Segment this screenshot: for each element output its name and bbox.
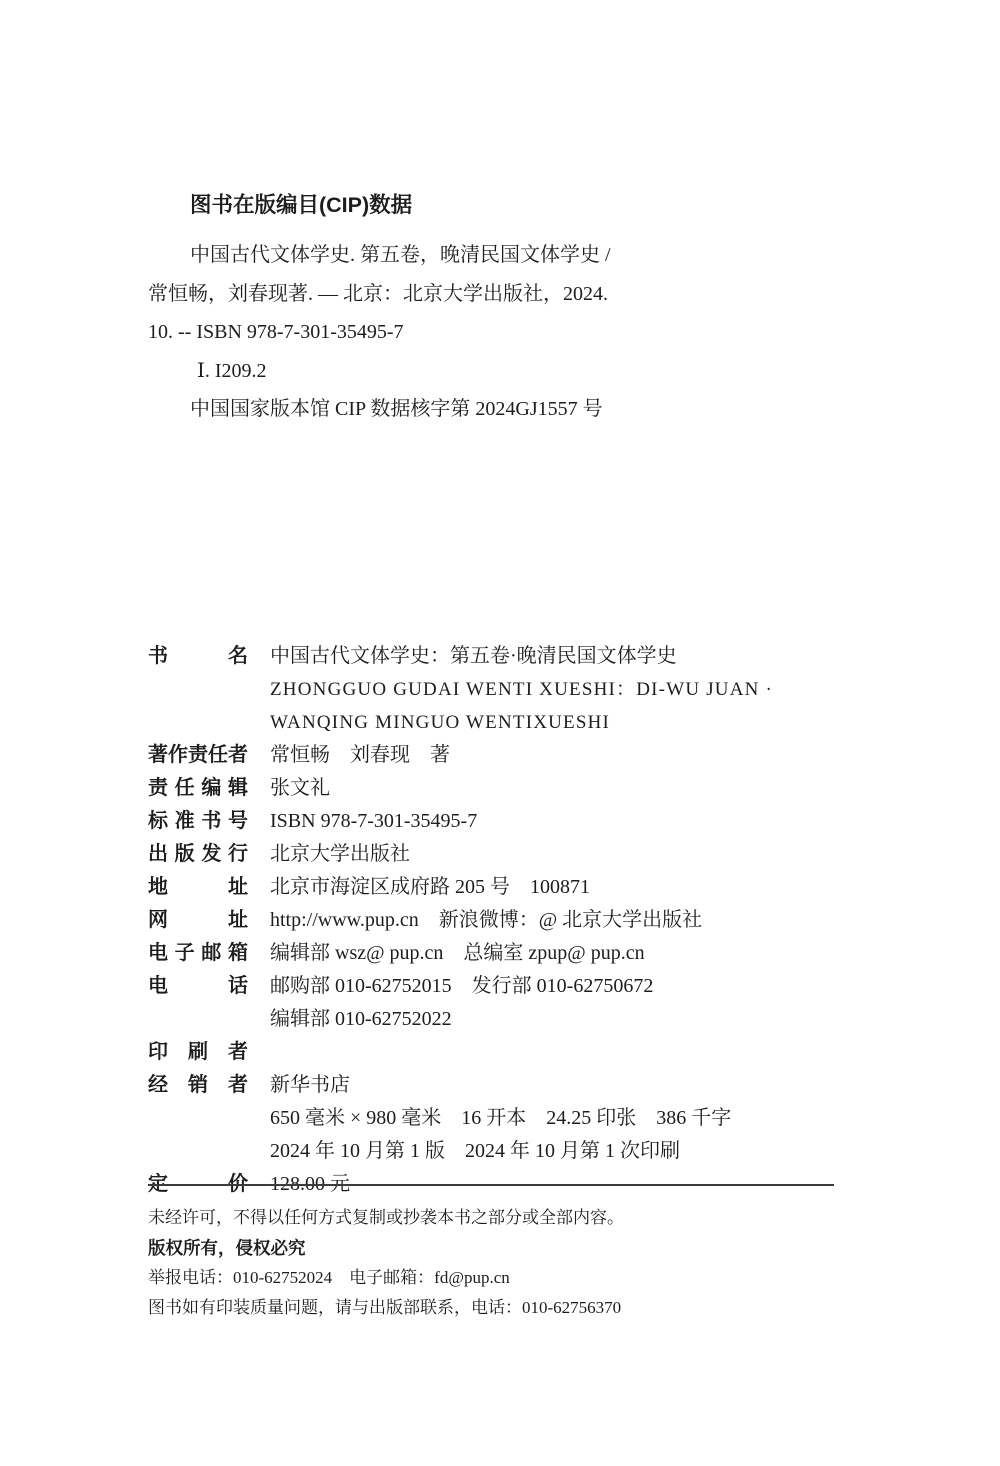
cip-line: 10. -- ISBN 978-7-301-35495-7 <box>148 313 858 352</box>
copyright-page: 图书在版编目(CIP)数据 中国古代文体学史. 第五卷，晚清民国文体学史 / 常… <box>0 0 1000 1466</box>
colophon-row-isbn: 标准书号 ISBN 978-7-301-35495-7 <box>148 805 864 838</box>
no-copy-notice: 未经许可，不得以任何方式复制或抄袭本书之部分或全部内容。 <box>148 1203 864 1233</box>
book-title-pinyin-1: ZHONGGUO GUDAI WENTI XUESHI：DI-WU JUAN · <box>270 673 864 706</box>
cip-block: 图书在版编目(CIP)数据 中国古代文体学史. 第五卷，晚清民国文体学史 / 常… <box>148 188 858 429</box>
cip-line: 中国古代文体学史. 第五卷，晚清民国文体学史 / <box>148 236 858 275</box>
cip-line: Ⅰ. I209.2 <box>148 352 858 391</box>
book-title-pinyin-2: WANQING MINGUO WENTIXUESHI <box>270 706 864 739</box>
colophon-row-authors: 著作责任者 常恒畅 刘春现 著 <box>148 739 864 772</box>
quality-contact-line: 图书如有印装质量问题，请与出版部联系，电话：010-62756370 <box>148 1293 864 1323</box>
row-label: 著作责任者 <box>148 739 248 772</box>
colophon-row-address: 地址 北京市海淀区成府路 205 号 100871 <box>148 871 864 904</box>
authors-value: 常恒畅 刘春现 著 <box>270 739 864 772</box>
cip-line: 中国国家版本馆 CIP 数据核字第 2024GJ1557 号 <box>148 390 858 429</box>
row-label: 经销者 <box>148 1069 248 1102</box>
divider-rule <box>148 1184 834 1186</box>
publisher-value: 北京大学出版社 <box>270 838 864 871</box>
cip-heading: 图书在版编目(CIP)数据 <box>190 188 858 219</box>
row-label: 地址 <box>148 871 248 904</box>
isbn-value: ISBN 978-7-301-35495-7 <box>270 805 864 838</box>
colophon-row-distributor: 经销者 新华书店 650 毫米 × 980 毫米 16 开本 24.25 印张 … <box>148 1069 864 1168</box>
book-title-cn: 中国古代文体学史：第五卷·晚清民国文体学史 <box>270 640 864 673</box>
address-value: 北京市海淀区成府路 205 号 100871 <box>270 871 864 904</box>
colophon-row-phone: 电话 邮购部 010-62752015 发行部 010-62750672 编辑部… <box>148 970 864 1036</box>
row-label: 标准书号 <box>148 805 248 838</box>
colophon-row-publisher: 出版发行 北京大学出版社 <box>148 838 864 871</box>
copyright-notice: 版权所有，侵权必究 <box>148 1233 864 1263</box>
row-label: 书名 <box>148 640 248 673</box>
email-value: 编辑部 wsz@ pup.cn 总编室 zpup@ pup.cn <box>270 937 864 970</box>
row-label: 电子邮箱 <box>148 937 248 970</box>
row-label: 电话 <box>148 970 248 1003</box>
row-label: 责任编辑 <box>148 772 248 805</box>
cip-line: 常恒畅，刘春现著. — 北京：北京大学出版社，2024. <box>148 275 858 314</box>
colophon-row-book-title: 书名 中国古代文体学史：第五卷·晚清民国文体学史 ZHONGGUO GUDAI … <box>148 640 864 739</box>
report-contact-line: 举报电话：010-62752024 电子邮箱：fd@pup.cn <box>148 1263 864 1293</box>
editor-value: 张文礼 <box>270 772 864 805</box>
website-value: http://www.pup.cn 新浪微博：@ 北京大学出版社 <box>270 904 864 937</box>
row-label: 出版发行 <box>148 838 248 871</box>
colophon-row-printer: 印刷者 <box>148 1036 864 1069</box>
colophon-row-website: 网址 http://www.pup.cn 新浪微博：@ 北京大学出版社 <box>148 904 864 937</box>
phone-value-1: 邮购部 010-62752015 发行部 010-62750672 <box>270 970 864 1003</box>
footer-notices: 未经许可，不得以任何方式复制或抄袭本书之部分或全部内容。 版权所有，侵权必究 举… <box>148 1203 864 1323</box>
distributor-value: 新华书店 <box>270 1069 864 1102</box>
colophon: 书名 中国古代文体学史：第五卷·晚清民国文体学史 ZHONGGUO GUDAI … <box>148 640 864 1201</box>
colophon-row-email: 电子邮箱 编辑部 wsz@ pup.cn 总编室 zpup@ pup.cn <box>148 937 864 970</box>
format-spec-value: 650 毫米 × 980 毫米 16 开本 24.25 印张 386 千字 <box>270 1102 864 1135</box>
edition-value: 2024 年 10 月第 1 版 2024 年 10 月第 1 次印刷 <box>270 1135 864 1168</box>
colophon-row-editor: 责任编辑 张文礼 <box>148 772 864 805</box>
phone-value-2: 编辑部 010-62752022 <box>270 1003 864 1036</box>
row-label: 印刷者 <box>148 1036 248 1069</box>
row-label: 网址 <box>148 904 248 937</box>
